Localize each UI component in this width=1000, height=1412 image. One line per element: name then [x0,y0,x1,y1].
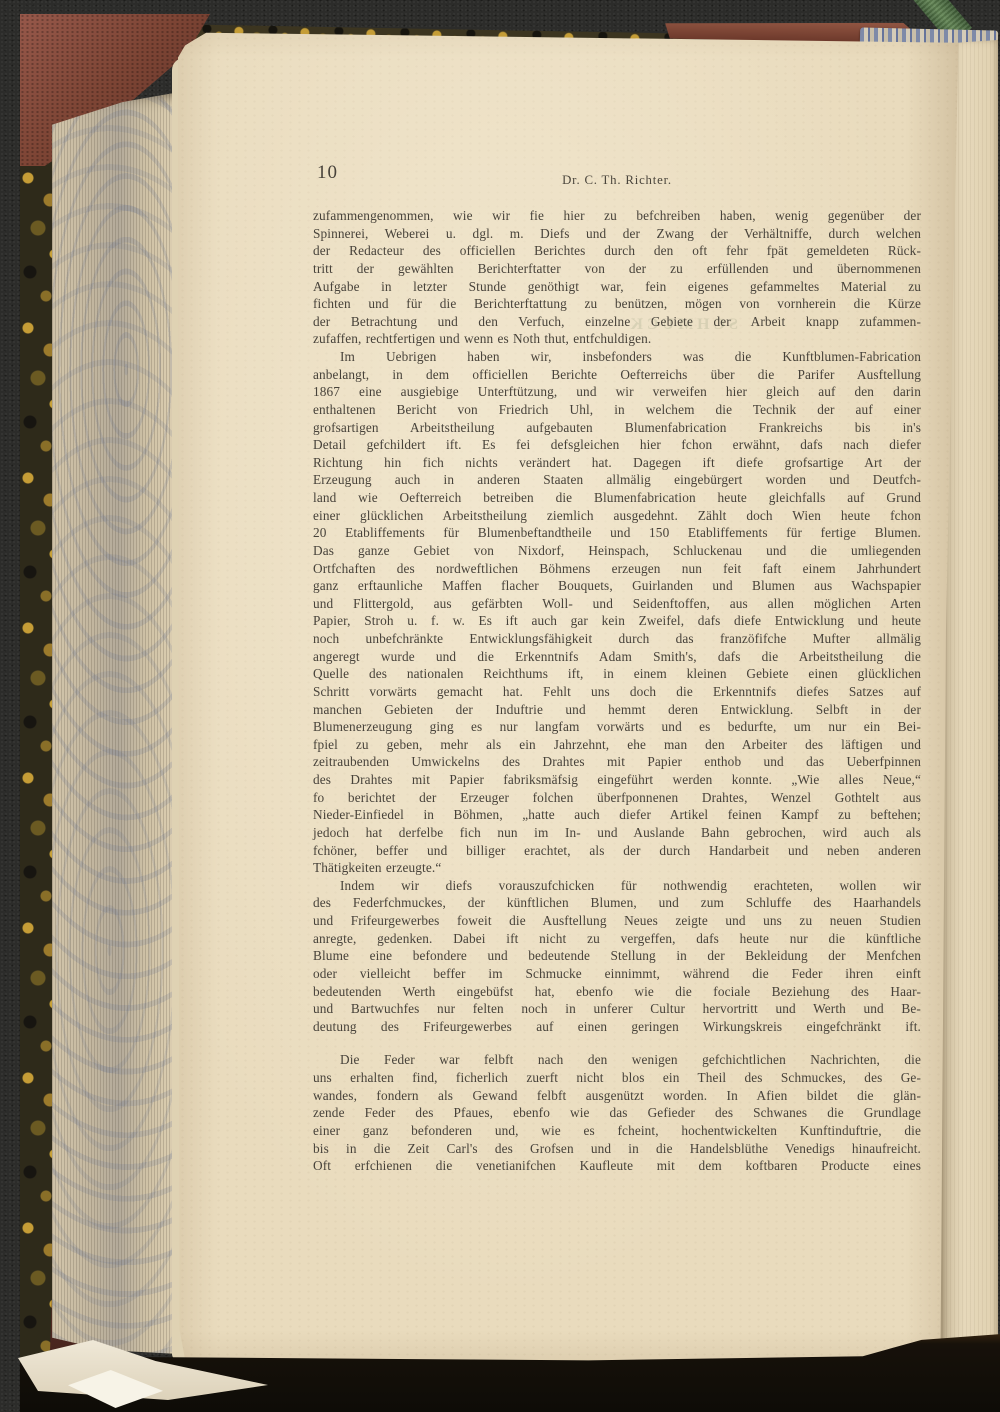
text-line: enthaltenen Bericht von Friedrich Uhl, i… [313,401,921,419]
text-line: Quelle des nationalen Reichthums ift, in… [313,665,921,683]
text-line: uns erhalten find, ficherlich zuerft nic… [313,1069,921,1087]
text-line: anbelangt, in dem officiellen Berichte O… [313,366,921,384]
text-line: bis in die Zeit Carl's des Grofsen und i… [313,1140,921,1158]
paragraph: zufammengenommen, wie wir fie hier zu be… [313,207,921,348]
scanned-book-photo: 10 Dr. C. Th. Richter. SCHMUCK zufammeng… [0,0,1000,1412]
text-line: zende Feder des Pfaues, ebenfo wie das G… [313,1104,921,1122]
text-line: des Drahtes mit Papier fabriksmäfsig ein… [313,771,921,789]
paragraph: Die Feder war felbft nach den wenigen ge… [313,1051,921,1174]
text-line: jedoch hat derfelbe fich nun im In- und … [313,824,921,842]
text-line: ganz erftaunliche Maffen flacher Bouquet… [313,577,921,595]
text-line: und Frifeurgewerbes foweit die Ausftellu… [313,912,921,930]
text-line: land wie Oefterreich betreiben die Blume… [313,489,921,507]
text-line: Spinnerei, Weberei u. dgl. m. Diefs und … [313,225,921,243]
text-line: einer glücklichen Arbeitstheilung ziemli… [313,507,921,525]
text-line: einer ganz befonderen und, wie es fchein… [313,1122,921,1140]
paragraph: Im Uebrigen haben wir, insbefonders was … [313,348,921,877]
text-line: Papier, Stroh u. f. w. Es ift auch gar k… [313,612,921,630]
text-line: angeregt wurde und die Erkenntnifs Adam … [313,648,921,666]
text-line: Nieder-Einfiedel in Böhmen, „hatte auch … [313,806,921,824]
text-line: Im Uebrigen haben wir, insbefonders was … [313,348,921,366]
text-line: Richtung hin fich nichts verändert hat. … [313,454,921,472]
text-line: Detail gefchildert ift. Es fei defsgleic… [313,436,921,454]
book-page: 10 Dr. C. Th. Richter. SCHMUCK zufammeng… [178,28,960,1370]
text-line: wandes, fondern als Gewand felbft ausgen… [313,1087,921,1105]
text-line: Thätigkeiten erzeugte.“ [313,859,921,877]
text-line: der Betrachtung und den Verfuch, einzeln… [313,313,921,331]
text-line: Das ganze Gebiet von Nixdorf, Heinspach,… [313,542,921,560]
text-line: anregte, gedenken. Dabei ift nicht zu ve… [313,930,921,948]
text-line: der Redacteur des officiellen Berichtes … [313,242,921,260]
text-line: fchöner, beffer und billiger erachtet, a… [313,842,921,860]
text-line: Blumenerzeugung ging es nur langfam vorw… [313,718,921,736]
text-line: fichten und für die Berichterftattung zu… [313,295,921,313]
text-line: 1867 eine ausgiebige Unterftützung, und … [313,383,921,401]
paragraph: Indem wir diefs vorauszufchicken für not… [313,877,921,1036]
text-line: tritt der gewählten Berichterftatter von… [313,260,921,278]
body-text: zufammengenommen, wie wir fie hier zu be… [313,207,921,1175]
text-line: fo berichtet der Erzeuger folchen überfp… [313,789,921,807]
text-line: manchen Gebieten der Induftrie und hemmt… [313,701,921,719]
text-line: zeitraubenden Umwickelns des Drahtes mit… [313,753,921,771]
text-line: Blume eine befondere und bedeutende Stel… [313,947,921,965]
text-line: Aufgabe in letzter Stunde genöthigt war,… [313,278,921,296]
text-line: des Federfchmuckes, der künftlichen Blum… [313,894,921,912]
text-line: deutung des Frifeurgewerbes auf einen ge… [313,1018,921,1036]
text-line: zufaffen, rechtfertigen und wenn es Noth… [313,330,921,348]
text-line: fpiel zu geben, mehr als ein Jahrzehnt, … [313,736,921,754]
text-line: Indem wir diefs vorauszufchicken für not… [313,877,921,895]
text-line: noch unbefchränkte Entwicklungsfähigkeit… [313,630,921,648]
text-line: bedeutenden Werth eingebüfst hat, ebenfo… [313,983,921,1001]
page-stack-fore-edge [52,92,180,1354]
text-line: zufammengenommen, wie wir fie hier zu be… [313,207,921,225]
text-line: und Bartwuchfes nur felten noch in unfer… [313,1000,921,1018]
text-line: Schritt vorwärts gemacht hat. Fehlt uns … [313,683,921,701]
text-line: 20 Etabliffements für Blumenbeftandtheil… [313,524,921,542]
text-line: Erzeugung auch in anderen Staaten allmäl… [313,471,921,489]
text-line: Die Feder war felbft nach den wenigen ge… [313,1051,921,1069]
text-line: grofsartigen Arbeitstheilung aufgebauten… [313,419,921,437]
text-line: Oft erfchienen die venetianifchen Kaufle… [313,1157,921,1175]
text-line: Ortfchaften des nordweftlichen Böhmens e… [313,560,921,578]
text-line: oder vielleicht beffer im Schmucke einni… [313,965,921,983]
running-head: Dr. C. Th. Richter. [313,173,921,188]
text-line: und Flittergold, aus gefärbten Woll- und… [313,595,921,613]
